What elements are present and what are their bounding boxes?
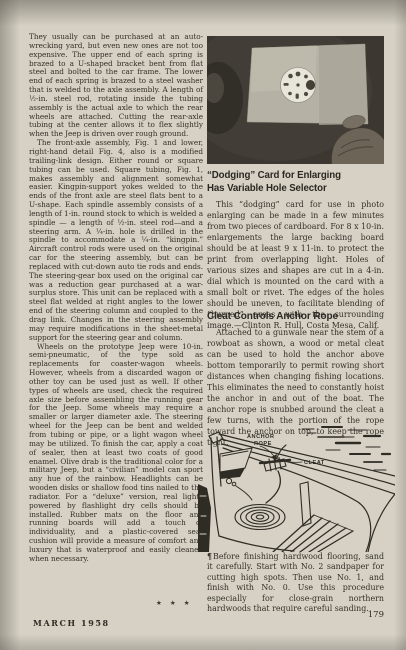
cleat-label: CLEAT <box>304 460 325 466</box>
shop-note: ¶Before finishing hardwood flooring, san… <box>207 552 384 614</box>
floorboards <box>273 515 353 552</box>
article-title-cleat: Cleat Controls Anchor Rope <box>207 311 387 322</box>
dial-center-bolt <box>296 83 299 86</box>
body-paragraph: They usually can be purchased at an auto… <box>29 33 203 139</box>
dodging-card-photo <box>207 36 384 164</box>
bow-seat <box>220 448 252 500</box>
right-column: “Dodging” Card for Enlarging Has Variabl… <box>207 0 384 650</box>
anchor-rope-label: ANCHOR <box>247 434 275 440</box>
boat-illustration-art: ANCHOR ROPE CLEAT <box>198 424 395 552</box>
boat-illustration: ANCHOR ROPE CLEAT <box>198 424 395 552</box>
body-paragraph: The front-axle assembly, Fig. 1 and lowe… <box>29 139 203 342</box>
magazine-page: They usually can be purchased at an auto… <box>0 0 406 650</box>
shop-note-text: Before finishing hardwood flooring, sand… <box>207 552 384 613</box>
dodging-card-photo-art <box>207 36 384 164</box>
article-title-dodging-card: “Dodging” Card for Enlarging Has Variabl… <box>207 170 387 195</box>
page-number: 179 <box>207 610 384 620</box>
anchor-rope-label: ROPE <box>254 441 272 447</box>
title-line: Has Variable Hole Selector <box>207 183 327 194</box>
end-of-article-stars: ★ ★ ★ <box>156 599 193 607</box>
rope-coil <box>235 505 285 530</box>
title-line: “Dodging” Card for Enlarging <box>207 170 341 181</box>
body-paragraph: Wheels on the prototype Jeep were 10-in.… <box>29 343 203 564</box>
water-dark-patch <box>198 484 211 552</box>
paragraph-mark: ¶ <box>207 552 212 561</box>
anchor-rope-line <box>266 471 280 503</box>
issue-date-footer: MARCH 1958 <box>33 618 110 628</box>
left-article-column: They usually can be purchased at an auto… <box>29 33 203 564</box>
